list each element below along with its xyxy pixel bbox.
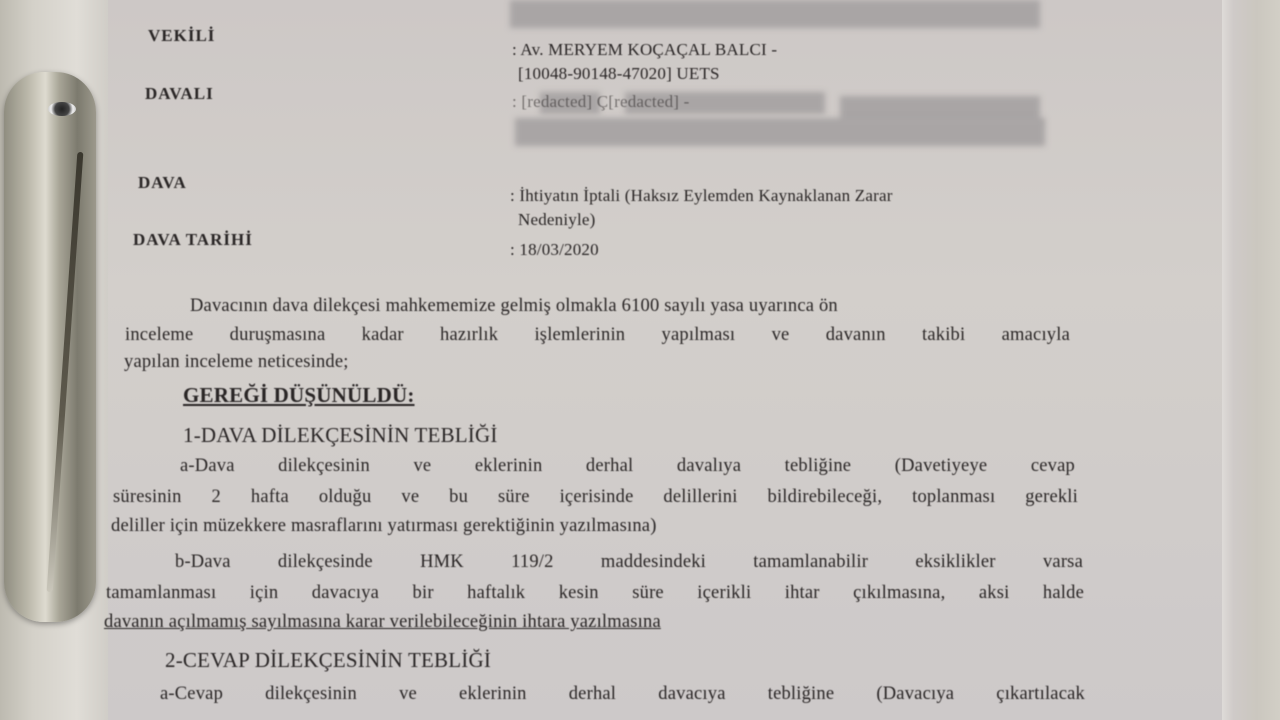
decision-heading: GEREĞİ DÜŞÜNÜLDÜ:	[183, 383, 415, 408]
dava-value: : İhtiyatın İptali (Haksız Eylemden Kayn…	[510, 186, 893, 206]
vekil-uets: [10048-90148-47020] UETS	[518, 64, 720, 84]
intro-line-2: inceleme duruşmasına kadar hazırlık işle…	[125, 325, 1070, 346]
redaction-top	[510, 0, 1040, 28]
redaction-davali-4	[515, 118, 1045, 146]
s2a-line-1: a-Cevap dilekçesinin ve eklerinin derhal…	[160, 684, 1085, 705]
label-dava-tarihi: DAVA TARİHİ	[133, 230, 253, 250]
dava-tarihi-value: : 18/03/2020	[510, 240, 599, 260]
clip-hole	[48, 102, 76, 116]
page-stack-edge	[1222, 0, 1280, 720]
s1b-line-1: b-Dava dilekçesinde HMK 119/2 maddesinde…	[175, 552, 1083, 573]
s1a-line-3: deliller için müzekkere masraflarını yat…	[111, 516, 657, 537]
intro-line-1: Davacının dava dilekçesi mahkememize gel…	[190, 296, 838, 317]
dava-value-cont: Nedeniyle)	[518, 210, 596, 230]
s1a-line-1: a-Dava dilekçesinin ve eklerinin derhal …	[180, 456, 1075, 477]
section-2-heading: 2-CEVAP DİLEKÇESİNİN TEBLİĞİ	[165, 648, 491, 673]
s1a-line-2: süresinin 2 hafta olduğu ve bu süre içer…	[113, 487, 1078, 508]
binder-clip-icon	[4, 72, 96, 622]
clip-slot	[47, 152, 84, 592]
label-vekili: VEKİLİ	[148, 26, 215, 46]
davali-value: : [redacted] Ç[redacted] -	[512, 92, 689, 112]
section-1-heading: 1-DAVA DİLEKÇESİNİN TEBLİĞİ	[183, 423, 498, 448]
label-dava: DAVA	[138, 173, 187, 193]
s1b-line-3: davanın açılmamış sayılmasına karar veri…	[104, 612, 661, 633]
s1b-line-2: tamamlanması için davacıya bir haftalık …	[106, 583, 1084, 604]
vekil-value: : Av. MERYEM KOÇAÇAL BALCI -	[512, 40, 777, 60]
label-davali: DAVALI	[145, 84, 214, 104]
intro-line-3: yapılan inceleme neticesinde;	[124, 352, 349, 373]
